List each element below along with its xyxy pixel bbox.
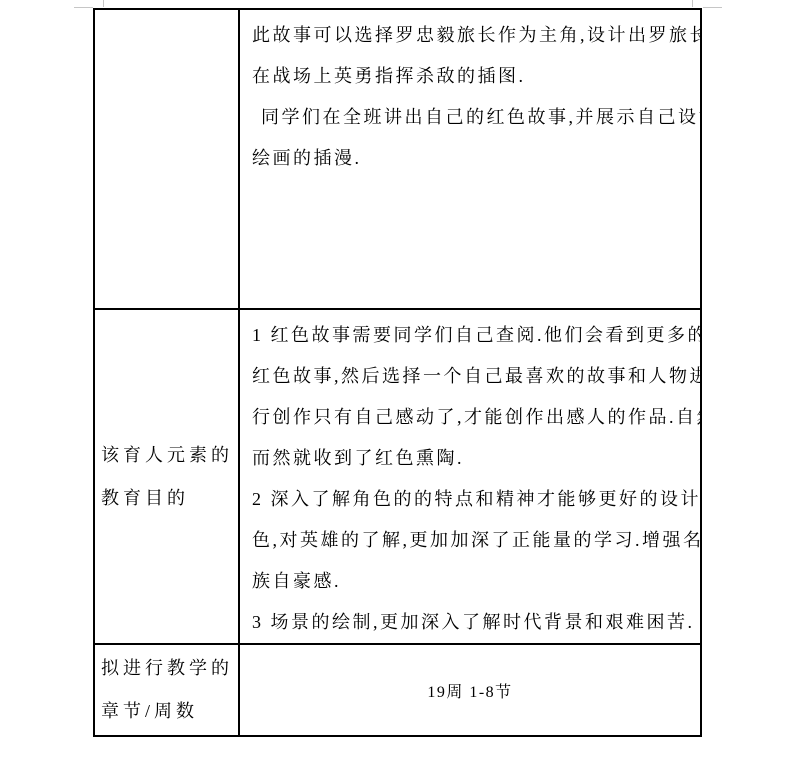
paragraph-line: 1 红色故事需要同学们自己查阅.他们会看到更多的: [252, 315, 692, 356]
row3-header-cell-teaching-schedule: 拟进行教学的 章节/周数: [95, 645, 240, 735]
schedule-value: 19周 1-8节: [427, 679, 512, 702]
paragraph-line: 色,对英雄的了解,更加加深了正能量的学习.增强名: [252, 520, 692, 561]
row1-header-cell-empty: [95, 10, 240, 310]
margin-crop-mark-top-left-horizontal: [74, 7, 93, 8]
paragraph-line: 族自豪感.: [252, 561, 692, 602]
paragraph-line: 此故事可以选择罗忠毅旅长作为主角,设计出罗旅长: [252, 15, 692, 56]
document-page: 此故事可以选择罗忠毅旅长作为主角,设计出罗旅长 在战场上英勇指挥杀敌的插图. 同…: [0, 0, 787, 778]
paragraph-line: 绘画的插漫.: [252, 138, 692, 179]
margin-crop-mark-top-right-horizontal: [703, 7, 722, 8]
paragraph-line: 2 深入了解角色的的特点和精神才能够更好的设计角: [252, 479, 692, 520]
row-header-line: 拟进行教学的: [101, 647, 238, 690]
paragraph-line: 在战场上英勇指挥杀敌的插图.: [252, 56, 692, 97]
row2-header-cell-education-purpose: 该育人元素的 教育目的: [95, 310, 240, 645]
margin-crop-mark-top-right-vertical: [692, 0, 693, 7]
paragraph-line: 3 场景的绘制,更加深入了解时代背景和艰难困苦.: [252, 602, 692, 643]
paragraph-line: 行创作只有自己感动了,才能创作出感人的作品.自然: [252, 397, 692, 438]
row3-content-cell-week-sections: 19周 1-8节: [240, 645, 700, 735]
lesson-plan-table: 此故事可以选择罗忠毅旅长作为主角,设计出罗旅长 在战场上英勇指挥杀敌的插图. 同…: [93, 8, 702, 737]
margin-crop-mark-top-left-vertical: [103, 0, 104, 7]
paragraph-line: 而然就收到了红色熏陶.: [252, 438, 692, 479]
row2-content-cell-purpose-points: 1 红色故事需要同学们自己查阅.他们会看到更多的 红色故事,然后选择一个自己最喜…: [240, 310, 700, 645]
row1-content-cell-story-design: 此故事可以选择罗忠毅旅长作为主角,设计出罗旅长 在战场上英勇指挥杀敌的插图. 同…: [240, 10, 700, 310]
row-header-line: 教育目的: [101, 477, 238, 520]
paragraph-line: 同学们在全班讲出自己的红色故事,并展示自己设计: [252, 97, 692, 138]
row-header-line: 该育人元素的: [101, 434, 238, 477]
paragraph-line: 红色故事,然后选择一个自己最喜欢的故事和人物进: [252, 356, 692, 397]
row-header-line: 章节/周数: [101, 690, 238, 733]
